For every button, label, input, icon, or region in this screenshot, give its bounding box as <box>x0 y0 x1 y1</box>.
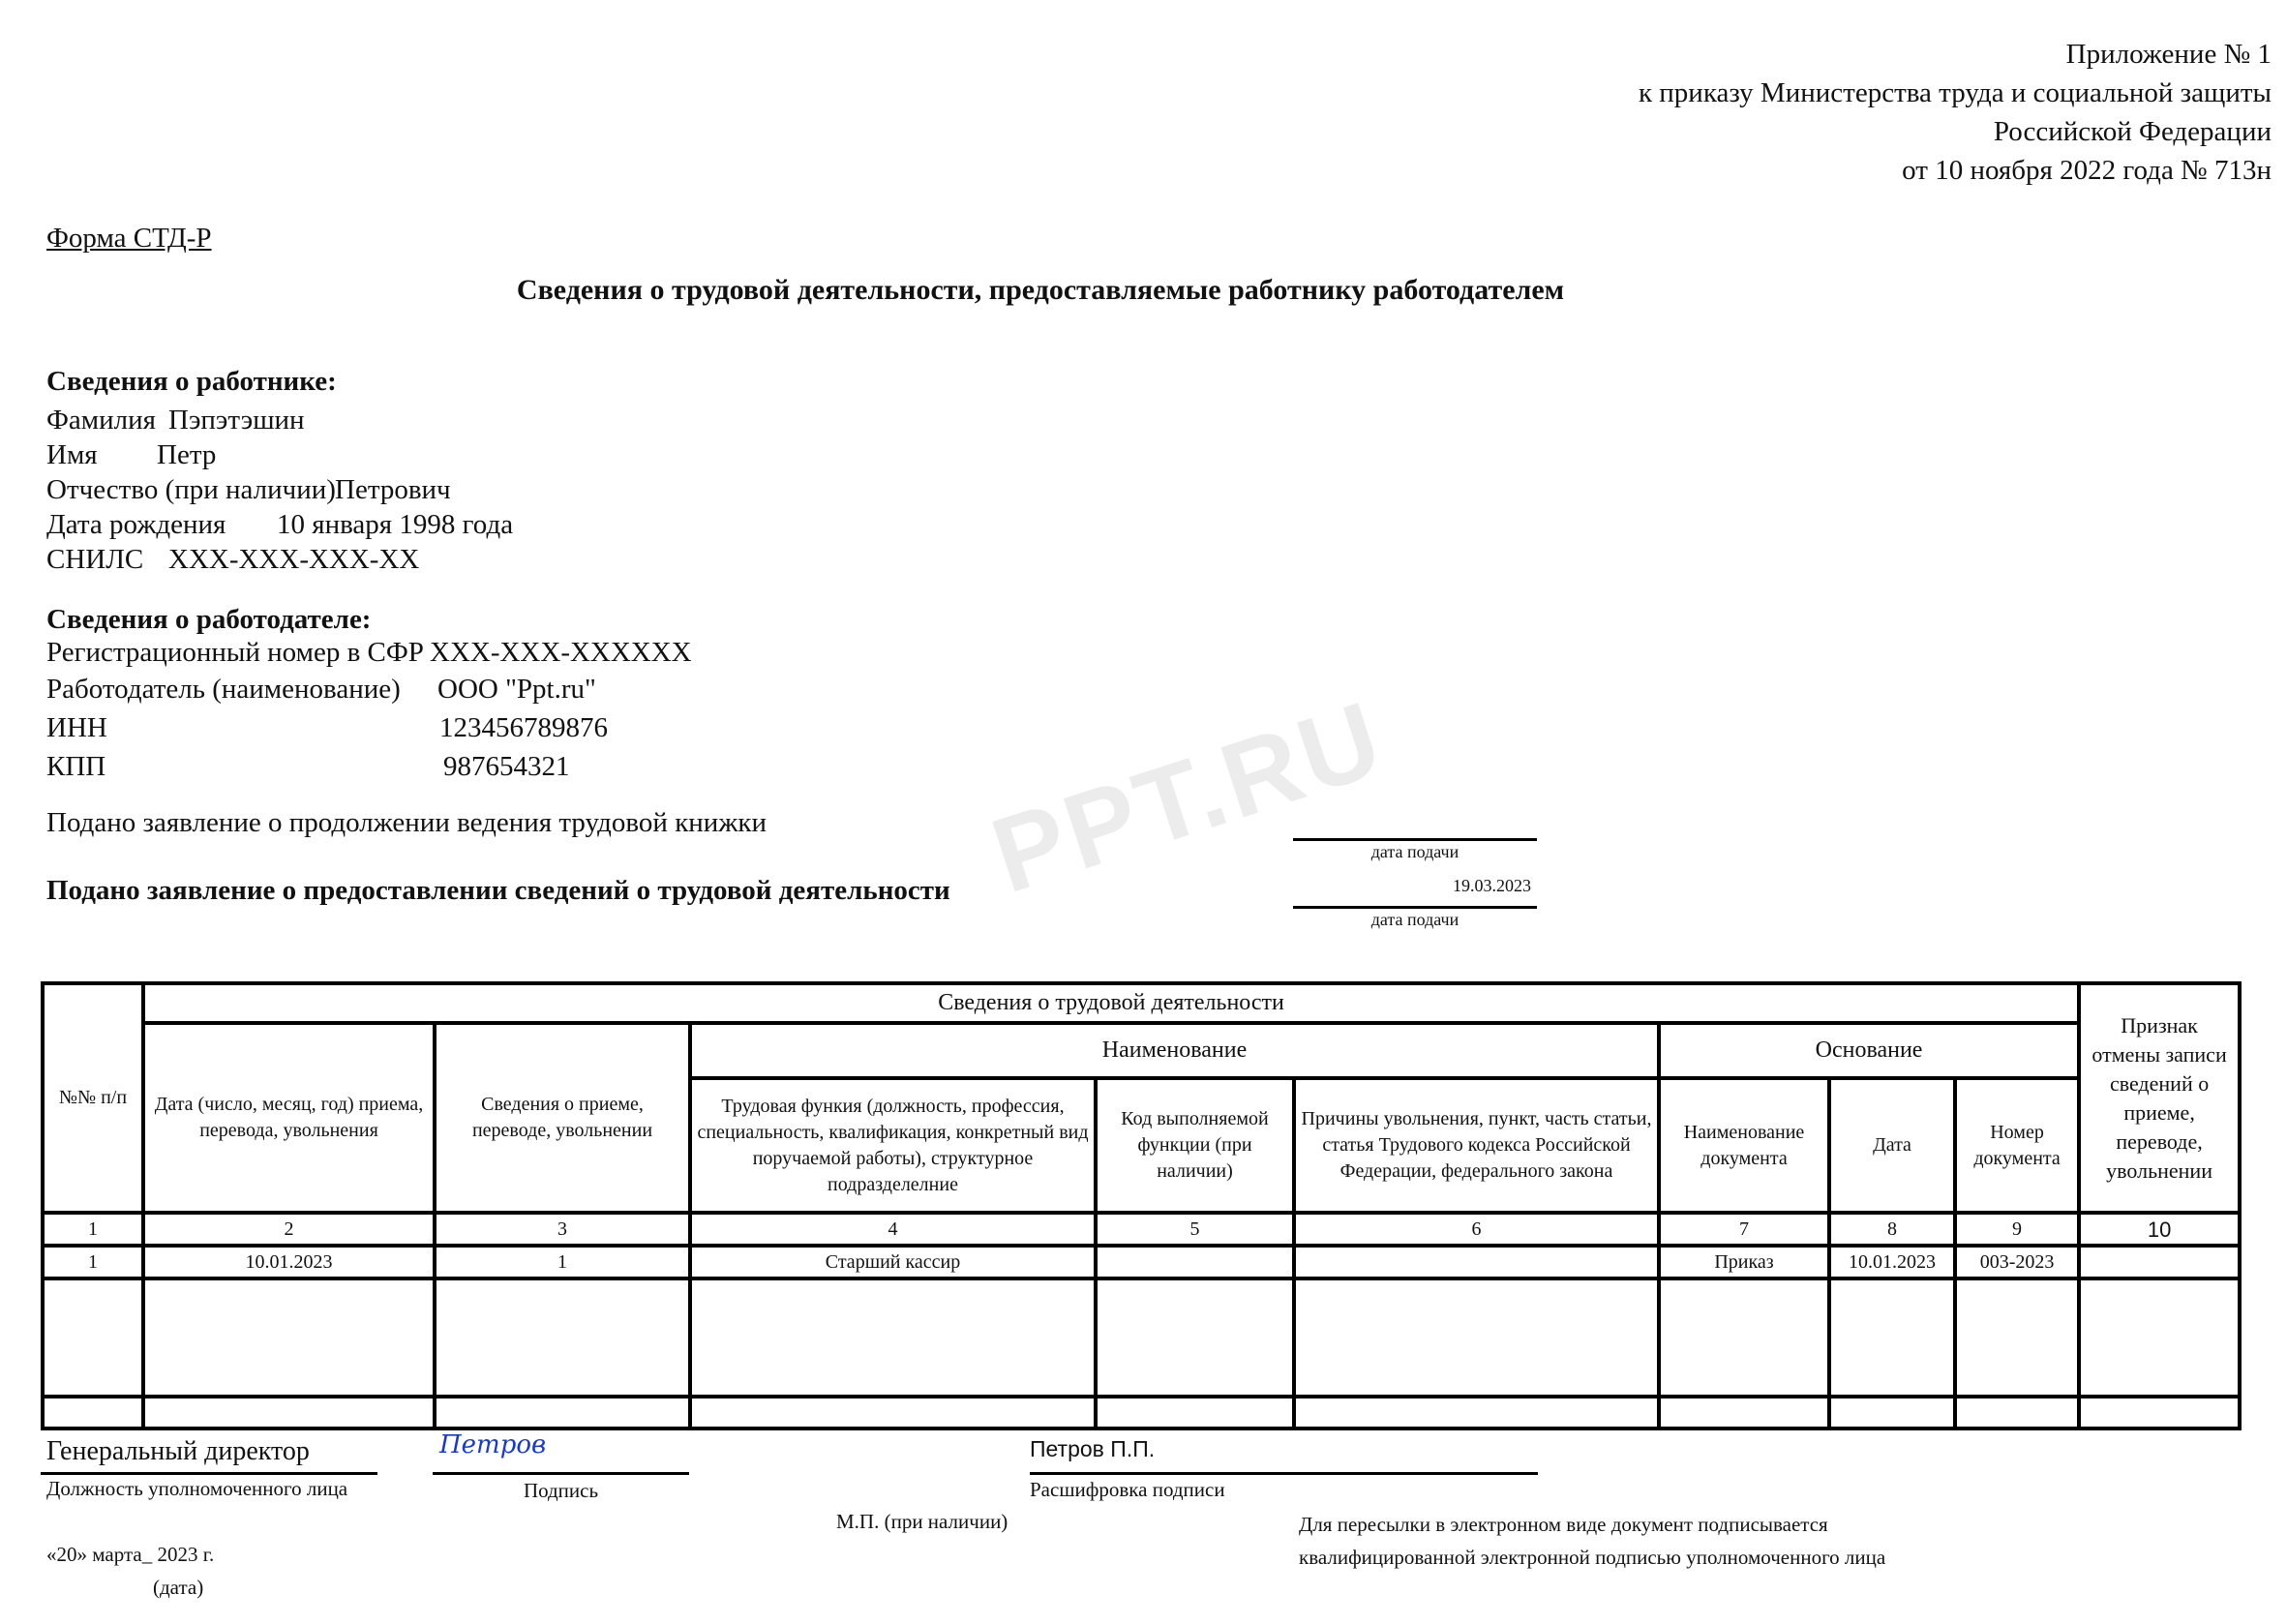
cell-code <box>1096 1246 1294 1278</box>
cell-date <box>143 1278 435 1397</box>
cell-doc-number <box>1955 1278 2079 1397</box>
cell-cancel <box>2079 1278 2240 1397</box>
appendix-line: Российской Федерации <box>1639 112 2272 151</box>
header-group-basis: Основание <box>1659 1023 2079 1078</box>
cell-doc-name <box>1659 1397 1829 1429</box>
cell-info <box>435 1397 690 1429</box>
header-col-doc-name: Наименование документа <box>1659 1078 1829 1213</box>
cell-doc-date <box>1829 1397 1955 1429</box>
cell-doc-date <box>1829 1278 1955 1397</box>
workbook-date-line <box>1293 838 1537 841</box>
signing-date-caption: (дата) <box>153 1576 203 1600</box>
employment-records-table: №№ п/п Сведения о трудовой деятельности … <box>41 981 2242 1430</box>
inn-value: 123456789876 <box>439 712 608 744</box>
table-row: 1 10.01.2023 1 Старший кассир Приказ 10.… <box>43 1246 2240 1278</box>
signing-date: «20» марта_ 2023 г. <box>46 1543 214 1567</box>
header-col-doc-date: Дата <box>1829 1078 1955 1213</box>
cell-num <box>43 1278 143 1397</box>
cell-info: 1 <box>435 1246 690 1278</box>
info-application-text: Подано заявление о предоставлении сведен… <box>46 875 950 907</box>
appendix-line: от 10 ноября 2022 года № 713н <box>1639 151 2272 190</box>
cell-function <box>690 1397 1096 1429</box>
info-date-value: 19.03.2023 <box>1293 876 1531 896</box>
col-number: 5 <box>1096 1213 1294 1246</box>
col-number: 9 <box>1955 1213 2079 1246</box>
inn-label: ИНН <box>46 712 107 744</box>
cell-code <box>1096 1397 1294 1429</box>
cell-doc-number <box>1955 1397 2079 1429</box>
cell-code <box>1096 1278 1294 1397</box>
signature-decoded: Петров П.П. <box>1030 1436 1155 1462</box>
position-caption: Должность уполномоченного лица <box>46 1477 347 1501</box>
signatory-position: Генеральный директор <box>46 1436 310 1467</box>
signature-line <box>433 1472 689 1475</box>
appendix-line: Приложение № 1 <box>1639 35 2272 74</box>
cell-cancel <box>2079 1397 2240 1429</box>
signature-caption: Подпись <box>433 1479 689 1503</box>
workbook-application-text: Подано заявление о продолжении ведения т… <box>46 807 767 839</box>
reg-label: Регистрационный номер в СФР <box>46 637 424 669</box>
kpp-label: КПП <box>46 751 105 783</box>
cell-reasons <box>1294 1246 1659 1278</box>
surname-value: Пэпэтэшин <box>168 405 305 436</box>
header-group-employment: Сведения о трудовой деятельности <box>143 983 2079 1023</box>
col-number: 6 <box>1294 1213 1659 1246</box>
patronymic-value: Петрович <box>335 474 451 506</box>
cell-doc-date: 10.01.2023 <box>1829 1246 1955 1278</box>
reg-value: XXX-XXX-XXXXXX <box>430 637 692 669</box>
name-label: Имя <box>46 439 98 471</box>
cell-function <box>690 1278 1096 1397</box>
col-number: 10 <box>2079 1213 2240 1246</box>
snils-label: СНИЛС <box>46 544 143 576</box>
header-col-info: Сведения о приеме, переводе, увольнении <box>435 1023 690 1213</box>
e-signature-note-line2: квалифицированной электронной подписью у… <box>1299 1541 1885 1574</box>
decoded-caption: Расшифровка подписи <box>1030 1478 1225 1502</box>
col-number: 1 <box>43 1213 143 1246</box>
col-number: 8 <box>1829 1213 1955 1246</box>
cell-doc-name <box>1659 1278 1829 1397</box>
col-number: 2 <box>143 1213 435 1246</box>
employer-name-label: Работодатель (наименование) <box>46 674 401 706</box>
decoded-line <box>1030 1472 1538 1475</box>
patronymic-label: Отчество (при наличии) <box>46 474 336 506</box>
employer-name-value: ООО "Ppt.ru" <box>437 674 596 706</box>
e-signature-note-line1: Для пересылки в электронном виде докумен… <box>1299 1508 1828 1541</box>
cell-function: Старший кассир <box>690 1246 1096 1278</box>
workbook-date-caption: дата подачи <box>1293 842 1537 862</box>
header-col-date: Дата (число, месяц, год) приема, перевод… <box>143 1023 435 1213</box>
surname-label: Фамилия <box>46 405 156 436</box>
stamp-caption: М.П. (при наличии) <box>836 1510 1008 1534</box>
header-col-reasons: Причины увольнения, пункт, часть статьи,… <box>1294 1078 1659 1213</box>
header-col-num: №№ п/п <box>43 983 143 1213</box>
cell-doc-number: 003-2023 <box>1955 1246 2079 1278</box>
kpp-value: 987654321 <box>443 751 570 783</box>
cell-date <box>143 1397 435 1429</box>
info-date-caption: дата подачи <box>1293 910 1537 930</box>
form-name: Форма СТД-Р <box>46 223 212 255</box>
col-number: 3 <box>435 1213 690 1246</box>
header-group-name: Наименование <box>690 1023 1659 1078</box>
table-row <box>43 1397 2240 1429</box>
col-number: 7 <box>1659 1213 1829 1246</box>
document-title: Сведения о трудовой деятельности, предос… <box>0 274 2081 307</box>
cell-date: 10.01.2023 <box>143 1246 435 1278</box>
appendix-line: к приказу Министерства труда и социально… <box>1639 74 2272 112</box>
employer-heading: Сведения о работодателе: <box>46 604 371 636</box>
birth-label: Дата рождения <box>46 509 226 541</box>
cell-num <box>43 1397 143 1429</box>
cell-doc-name: Приказ <box>1659 1246 1829 1278</box>
header-col-cancel: Признак отмены записи сведений о приеме,… <box>2079 983 2240 1213</box>
name-value: Петр <box>157 439 216 471</box>
column-numbers-row: 1 2 3 4 5 6 7 8 9 10 <box>43 1213 2240 1246</box>
header-col-function: Трудовая функия (должность, профессия, с… <box>690 1078 1096 1213</box>
snils-value: XXX-XXX-XXX-XX <box>168 544 419 576</box>
employee-heading: Сведения о работнике: <box>46 366 337 398</box>
info-date-line <box>1293 906 1537 909</box>
appendix-header: Приложение № 1 к приказу Министерства тр… <box>1639 35 2272 190</box>
birth-value: 10 января 1998 года <box>277 509 513 541</box>
cell-reasons <box>1294 1278 1659 1397</box>
cell-info <box>435 1278 690 1397</box>
cell-cancel <box>2079 1246 2240 1278</box>
position-line <box>41 1472 377 1475</box>
header-col-code: Код выполняемой функции (при наличии) <box>1096 1078 1294 1213</box>
table-row <box>43 1278 2240 1397</box>
col-number: 4 <box>690 1213 1096 1246</box>
header-col-doc-number: Номер документа <box>1955 1078 2079 1213</box>
handwritten-signature: Петров <box>439 1430 546 1459</box>
cell-num: 1 <box>43 1246 143 1278</box>
cell-reasons <box>1294 1397 1659 1429</box>
